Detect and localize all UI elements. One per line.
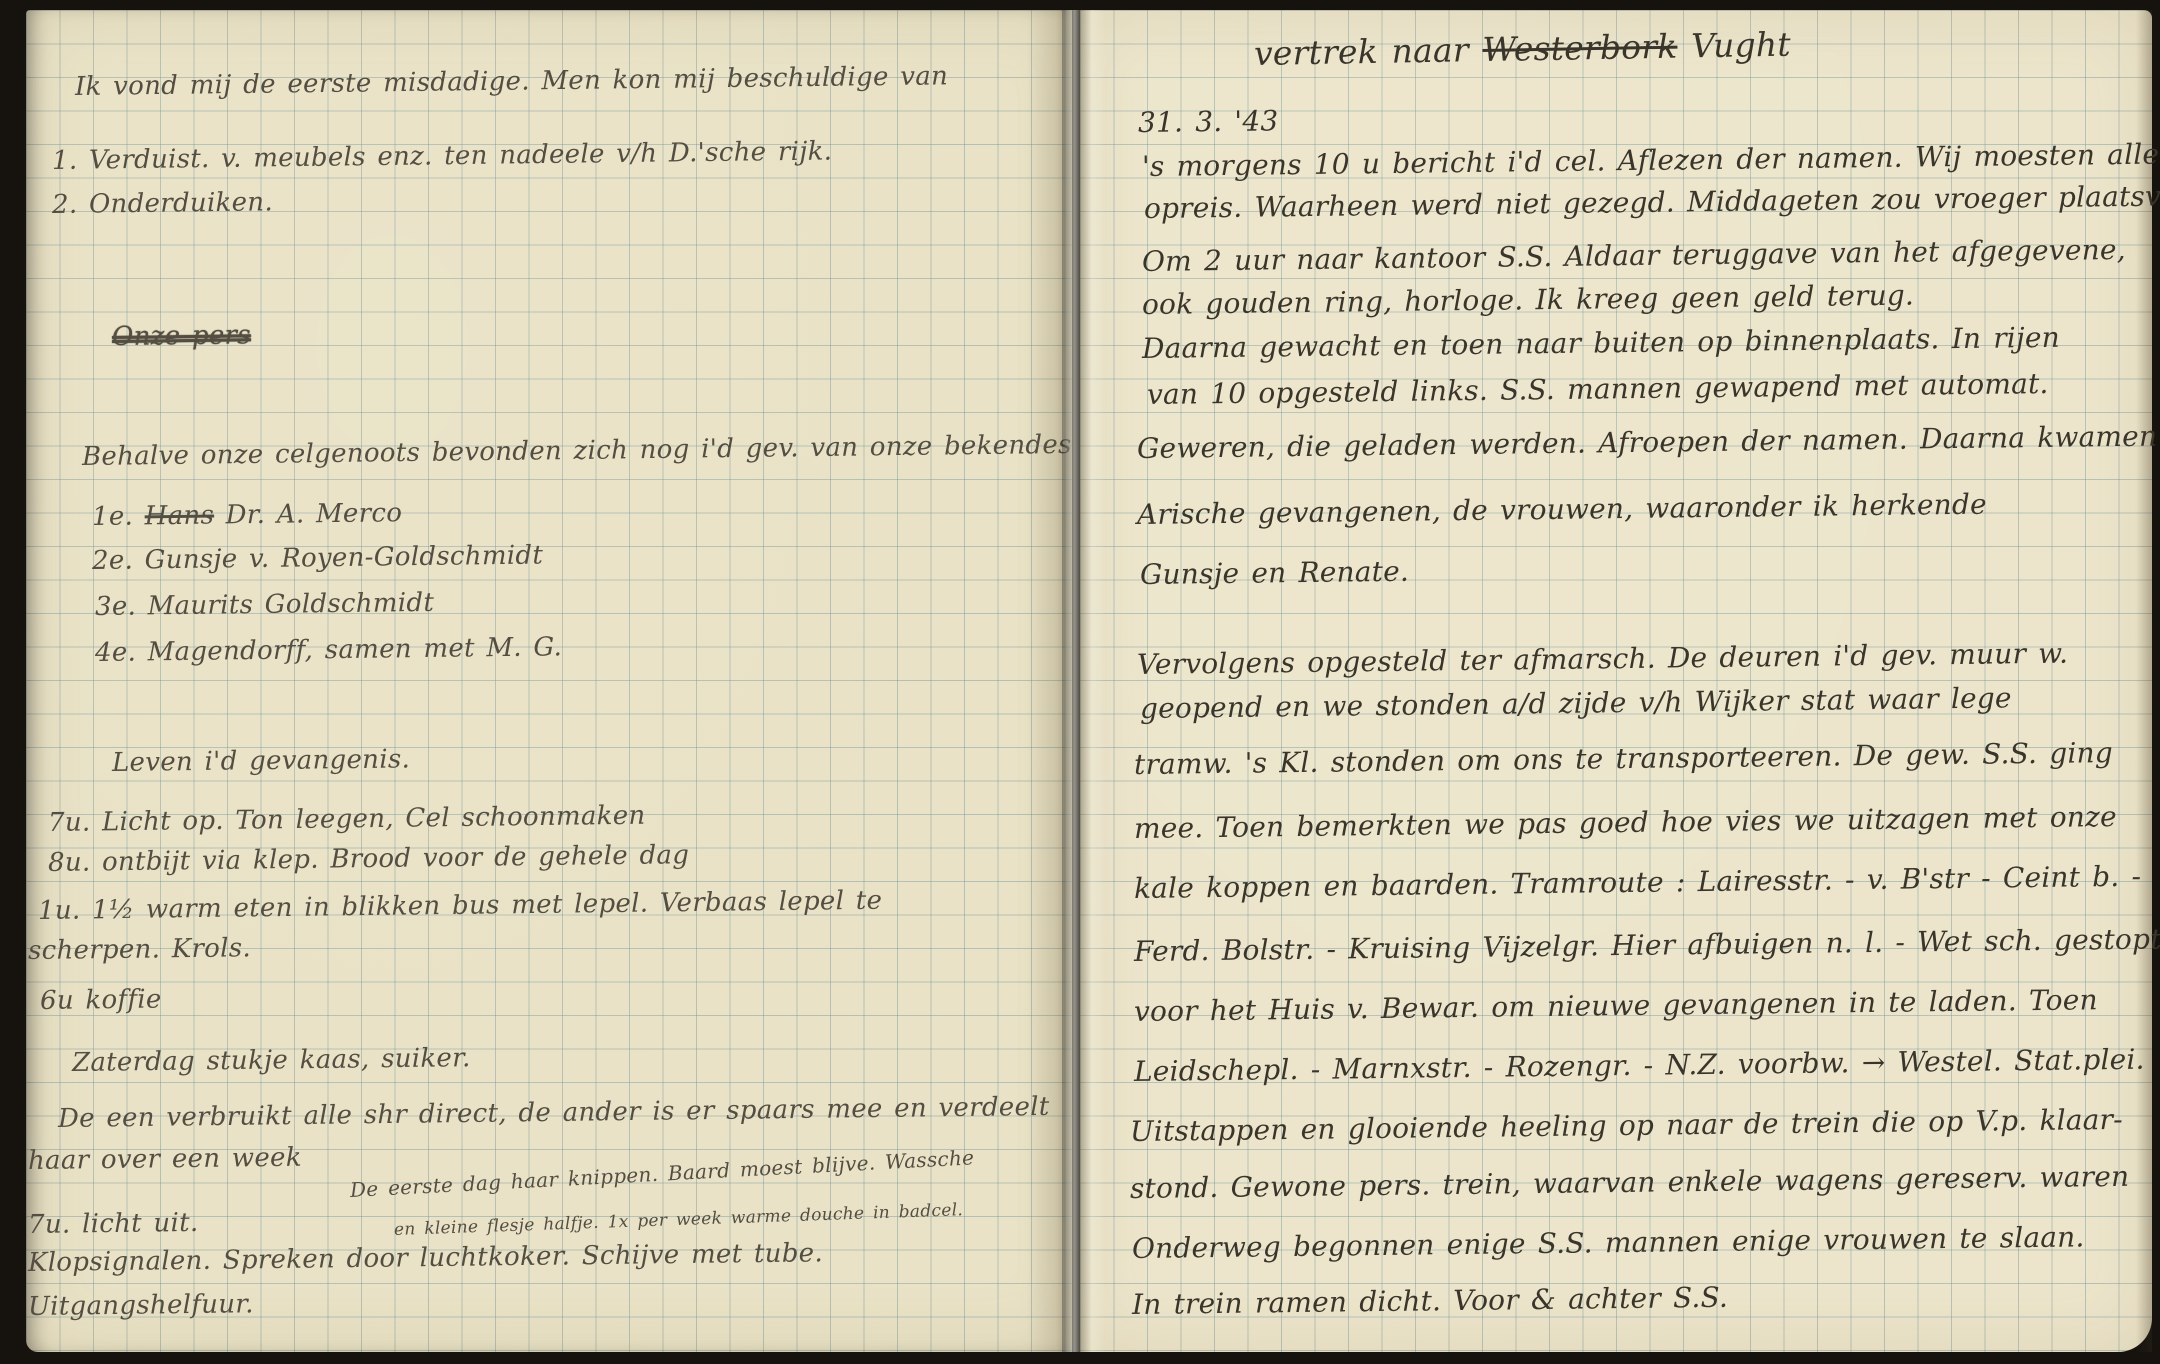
handwritten-line: Geweren, die geladen werden. Afroepen de… bbox=[1137, 419, 2160, 465]
handwritten-line: van 10 opgesteld links. S.S. mannen gewa… bbox=[1147, 367, 2049, 411]
handwritten-line: tramw. 's Kl. stonden om ons te transpor… bbox=[1134, 736, 2113, 781]
handwritten-line: kale koppen en baarden. Tramroute : Lair… bbox=[1134, 860, 2142, 905]
handwritten-line: Daarna gewacht en toen naar buiten op bi… bbox=[1142, 321, 2060, 365]
date-line: 31. 3. '43 bbox=[1138, 104, 1279, 139]
heading-prefix: vertrek naar bbox=[1254, 30, 1483, 73]
cellmate-entry: 2e. Gunsje v. Royen-Goldschmidt bbox=[92, 540, 543, 576]
handwritten-line: Leidschepl. - Marnxstr. - Rozengr. - N.Z… bbox=[1134, 1043, 2145, 1088]
handwritten-line: stond. Gewone pers. trein, waarvan enkel… bbox=[1130, 1160, 2130, 1205]
right-page: vertrek naar Westerbork Vught 31. 3. '43… bbox=[1080, 10, 2152, 1352]
handwritten-line: Uitgangshelfuur. bbox=[28, 1289, 254, 1322]
handwritten-line: 1u. 1½ warm eten in blikken bus met lepe… bbox=[38, 886, 883, 926]
handwritten-line: Zaterdag stukje kaas, suiker. bbox=[72, 1043, 471, 1078]
handwritten-line: Om 2 uur naar kantoor S.S. Aldaar terugg… bbox=[1142, 233, 2126, 278]
handwritten-line: Onderweg begonnen enige S.S. mannen enig… bbox=[1132, 1220, 2085, 1265]
notebook-scan: Ik vond mij de eerste misdadige. Men kon… bbox=[0, 0, 2160, 1364]
handwritten-line: geopend en we stonden a/d zijde v/h Wijk… bbox=[1140, 681, 2012, 725]
scribbled-note: Onze pers bbox=[112, 320, 251, 352]
heading-suffix: Vught bbox=[1677, 25, 1791, 66]
handwritten-line: ook gouden ring, horloge. Ik kreeg geen … bbox=[1142, 279, 1914, 321]
cellmate-entry: 1e. Hans Dr. A. Merco bbox=[92, 498, 403, 532]
handwritten-line: 2. Onderduiken. bbox=[52, 187, 273, 220]
handwritten-line: 8u. ontbijt via klep. Brood voor de gehe… bbox=[48, 840, 690, 878]
handwritten-line: haar over een week bbox=[28, 1143, 302, 1176]
handwritten-line: 's morgens 10 u bericht i'd cel. Aflezen… bbox=[1142, 138, 2160, 183]
handwritten-line: mee. Toen bemerkten we pas goed hoe vies… bbox=[1134, 800, 2117, 845]
struck-destination: Westerbork bbox=[1482, 27, 1678, 69]
section-heading: Leven i'd gevangenis. bbox=[112, 744, 410, 778]
handwritten-line: De een verbruikt alle shr direct, de and… bbox=[58, 1092, 1050, 1134]
handwritten-line: opreis. Waarheen werd niet gezegd. Midda… bbox=[1144, 179, 2160, 225]
handwritten-line: Behalve onze celgenoots bevonden zich no… bbox=[82, 430, 1093, 472]
handwritten-line: Arische gevangenen, de vrouwen, waaronde… bbox=[1137, 488, 1987, 531]
page-heading: vertrek naar Westerbork Vught bbox=[1254, 25, 1791, 73]
handwritten-line: 7u. Licht op. Ton leegen, Cel schoonmake… bbox=[48, 801, 646, 838]
handwritten-line: 6u koffie bbox=[40, 985, 162, 1016]
handwritten-line: 1. Verduist. v. meubels enz. ten nadeele… bbox=[52, 136, 833, 176]
handwritten-line: Gunsje en Renate. bbox=[1140, 555, 1409, 591]
handwritten-line: Klopsignalen. Spreken door luchtkoker. S… bbox=[28, 1238, 823, 1278]
left-page: Ik vond mij de eerste misdadige. Men kon… bbox=[26, 10, 1072, 1352]
handwritten-line: Uitstappen en glooiende heeling op naar … bbox=[1130, 1103, 2123, 1148]
handwritten-line: Ik vond mij de eerste misdadige. Men kon… bbox=[75, 61, 948, 102]
struck-word: Hans bbox=[144, 501, 214, 532]
handwritten-line: Ferd. Bolstr. - Kruising Vijzelgr. Hier … bbox=[1134, 922, 2160, 968]
interlinear-note: en kleine flesje halfje. 1x per week war… bbox=[394, 1200, 964, 1240]
handwritten-line: 7u. licht uit. bbox=[28, 1208, 199, 1240]
cellmate-entry: 4e. Magendorff, samen met M. G. bbox=[95, 632, 562, 668]
handwritten-line: scherpen. Krols. bbox=[28, 933, 251, 966]
handwritten-line: Vervolgens opgesteld ter afmarsch. De de… bbox=[1137, 637, 2069, 681]
cellmate-entry: 3e. Maurits Goldschmidt bbox=[95, 588, 434, 622]
scribbled-text: Onze pers bbox=[112, 320, 251, 352]
interlinear-note: De eerste dag haar knippen. Baard moest … bbox=[349, 1145, 974, 1202]
entry-name: Dr. A. Merco bbox=[214, 498, 402, 530]
handwritten-line: In trein ramen dicht. Voor & achter S.S. bbox=[1132, 1281, 1728, 1321]
handwritten-line: voor het Huis v. Bewar. om nieuwe gevang… bbox=[1134, 983, 2098, 1028]
entry-number: 1e. bbox=[92, 501, 145, 532]
